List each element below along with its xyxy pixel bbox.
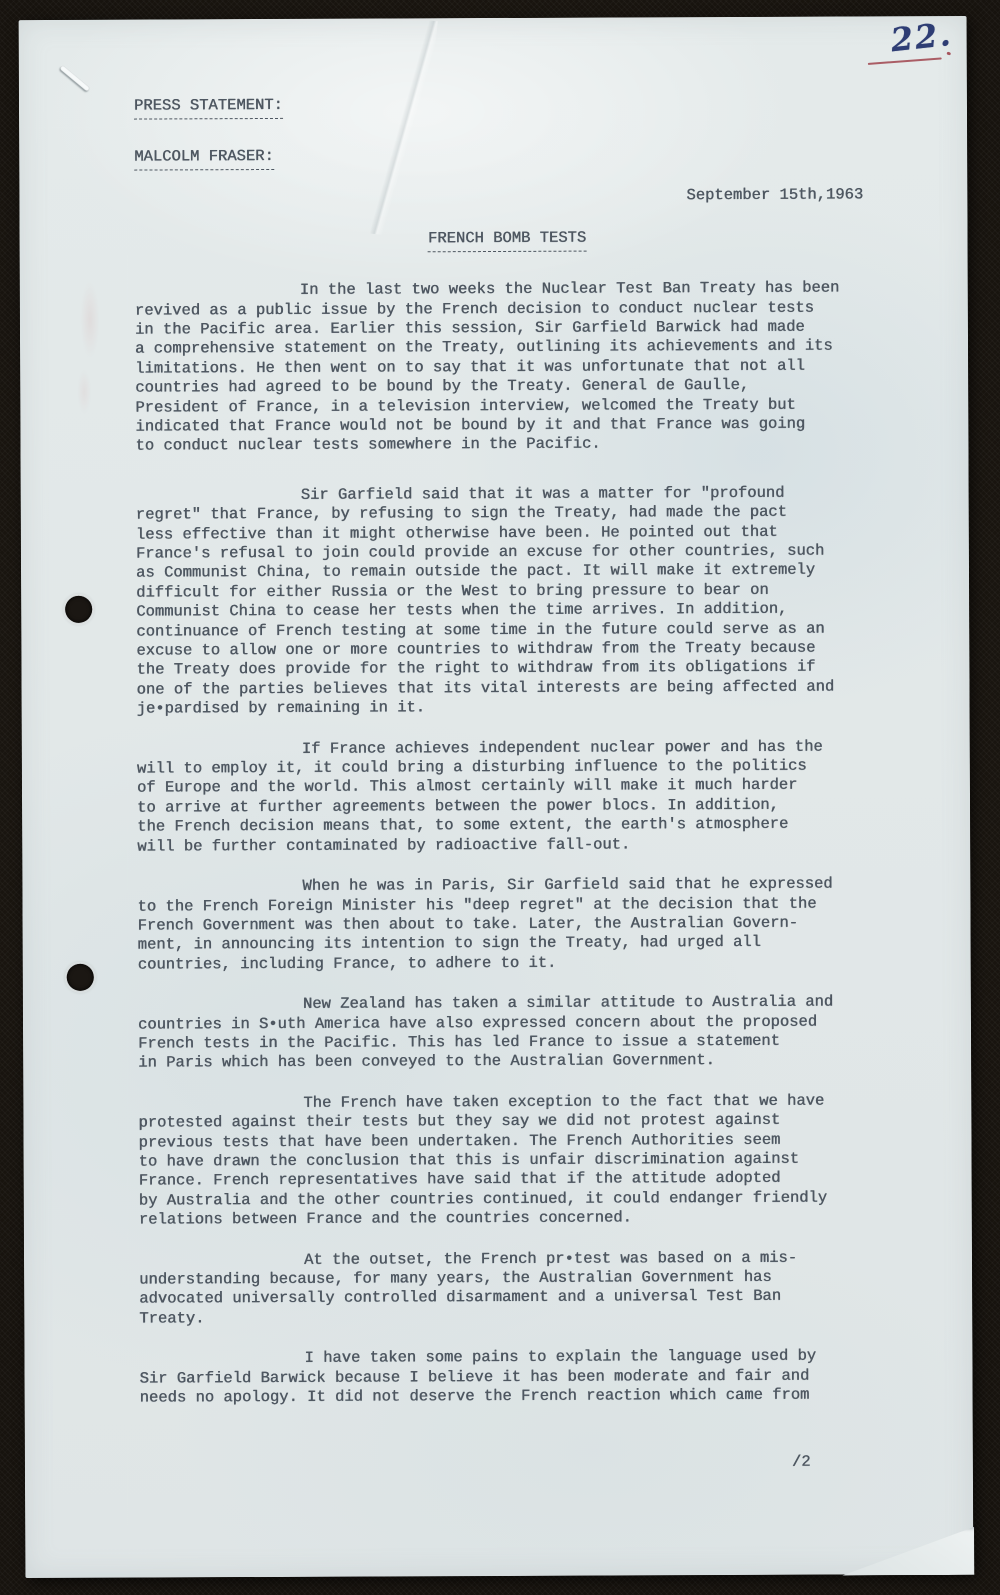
staple-mark bbox=[59, 65, 90, 92]
document-title: FRENCH BOMB TESTS bbox=[135, 228, 880, 254]
red-underline-mark bbox=[868, 57, 942, 65]
author-text: MALCOLM FRASER: bbox=[134, 147, 274, 171]
paragraph-6: The French have taken exception to the f… bbox=[138, 1091, 884, 1230]
date-line: September 15th,1963 bbox=[134, 185, 879, 208]
paragraph-4: When he was in Paris, Sir Garfield said … bbox=[137, 874, 882, 974]
press-statement-label: PRESS STATEMENT: bbox=[134, 93, 879, 119]
paragraph-3: If France achieves independent nuclear p… bbox=[137, 737, 883, 857]
document-content: PRESS STATEMENT: MALCOLM FRASER: Septemb… bbox=[134, 16, 885, 1475]
press-statement-text: PRESS STATEMENT: bbox=[134, 96, 283, 120]
hole-punch-top bbox=[65, 596, 92, 623]
scan-background: 22. PRESS STATEMENT: MALCOLM FRASER: Sep… bbox=[0, 0, 1000, 1595]
paragraph-7: At the outset, the French pr•test was ba… bbox=[139, 1248, 884, 1329]
red-ink-dot bbox=[946, 51, 951, 55]
document-page: 22. PRESS STATEMENT: MALCOLM FRASER: Sep… bbox=[19, 16, 974, 1578]
paragraph-2: Sir Garfield said that it was a matter f… bbox=[136, 483, 882, 719]
author-label: MALCOLM FRASER: bbox=[134, 144, 879, 170]
paragraph-5: New Zealand has taken a similar attitude… bbox=[138, 992, 883, 1073]
title-text: FRENCH BOMB TESTS bbox=[428, 229, 586, 253]
paragraph-1: In the last two weeks the Nuclear Test B… bbox=[135, 278, 881, 456]
page-continuation-marker: /2 bbox=[140, 1453, 885, 1476]
hole-punch-bottom bbox=[67, 964, 94, 991]
handwritten-page-number: 22. bbox=[889, 15, 954, 59]
date-text: September 15th,1963 bbox=[686, 185, 863, 204]
paragraph-8: I have taken some pains to explain the l… bbox=[139, 1347, 884, 1408]
corner-fold bbox=[842, 1527, 974, 1576]
